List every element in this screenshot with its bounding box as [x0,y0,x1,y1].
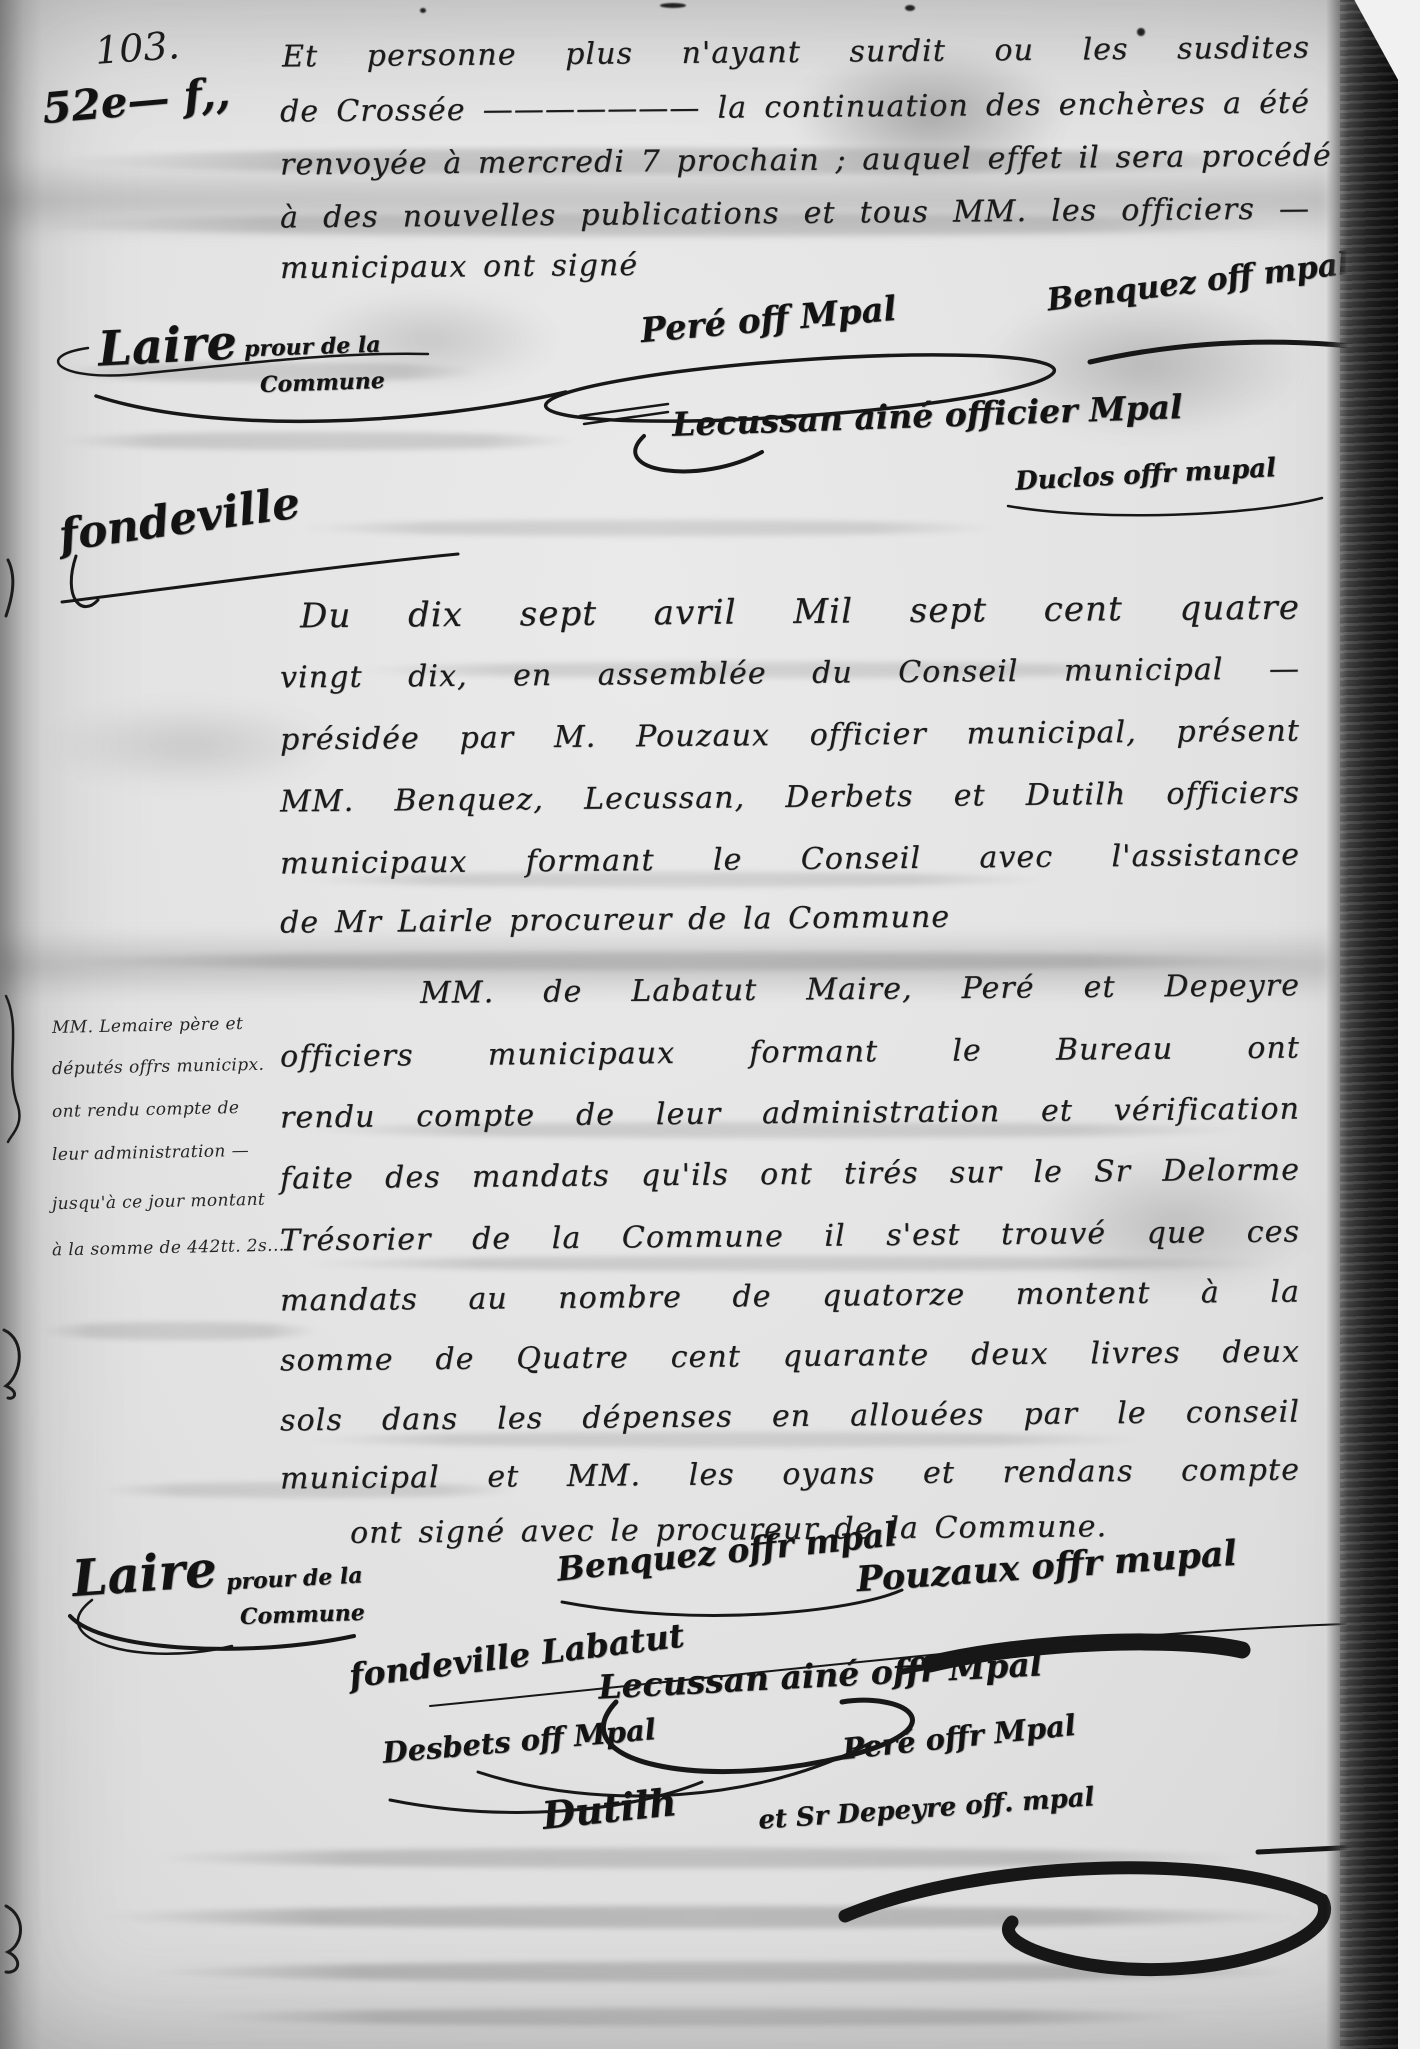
left-page-edge-shadow [0,0,42,2049]
page-edges-texture [1340,0,1400,2049]
ink-speck [660,3,686,8]
ink-speck [1137,28,1145,36]
manuscript-page: 103. 52e— f,, Et personne plus n'ayant s… [0,0,1420,2049]
scanned-register-photo: { "page": { "folio_number": "103.", "fee… [0,0,1420,2049]
ink-speck [905,5,915,11]
signature-flourishes [0,0,1420,2049]
adjacent-page-strip [1398,0,1420,2049]
ink-speck [420,8,426,13]
